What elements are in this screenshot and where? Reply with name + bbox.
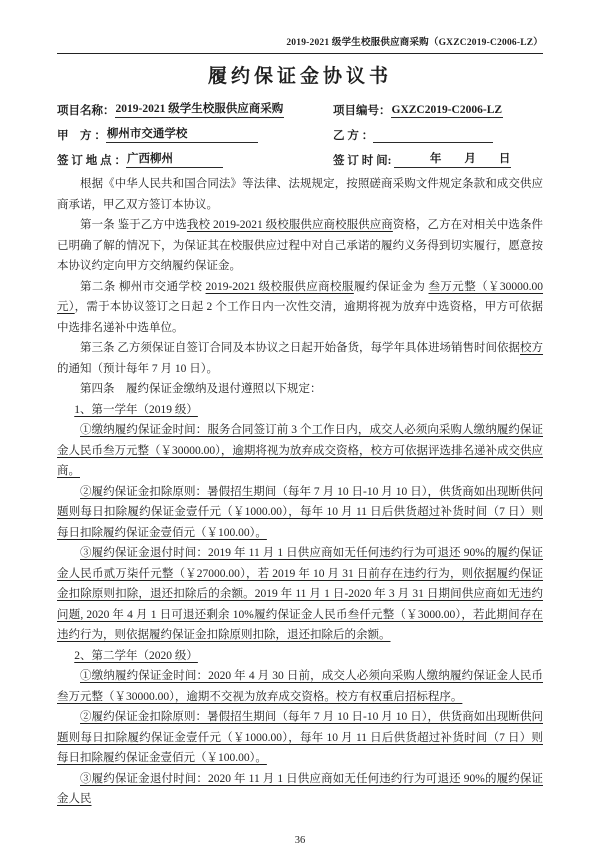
document-title: 履约保证金协议书 [57, 61, 543, 88]
body-paragraph: 第二条 柳州市交通学校 2019-2021 级校服供应商校服履约保证金为 叁万元… [57, 277, 543, 339]
underlined-text-segment: ③履约保证金退付时间：2020 年 11 月 1 日供应商如无任何违约行为可退还… [57, 773, 543, 806]
project-name-cell: 项目名称： 2019-2021 级学生校服供应商采购 [57, 100, 333, 118]
page-number: 36 [295, 835, 306, 846]
text-segment: 第一条 鉴于乙方中选 [80, 219, 187, 231]
project-number-cell: 项目编号： GXZC2019-C2006-LZ [333, 102, 543, 118]
agreement-info-form: 项目名称： 2019-2021 级学生校服供应商采购 项目编号： GXZC201… [57, 93, 543, 168]
party-b-blank-field [373, 141, 493, 143]
document-page: 2019-2021 级学生校服供应商采购（GXZC2019-C2006-LZ） … [0, 0, 600, 848]
party-b-cell: 乙 方 ： [333, 127, 543, 143]
party-b-label: 乙 方 ： [333, 127, 373, 143]
body-paragraph: ①缴纳履约保证金时间：2020 年 4 月 30 日前，成交人必须向采购人缴纳履… [57, 666, 543, 707]
body-paragraph: ③履约保证金退付时间：2020 年 11 月 1 日供应商如无任何违约行为可退还… [57, 769, 543, 810]
underlined-text-segment: 2、第二学年（2020 级） [74, 650, 198, 662]
underlined-text-segment: ②履约保证金扣除原则：暑假招生期间（每年 7 月 10 日-10 月 10 日）… [57, 711, 543, 764]
body-paragraph: ①缴纳履约保证金时间：服务合同签订前 3 个工作日内，成交人必须向采购人缴纳履约… [57, 420, 543, 482]
body-paragraph: ②履约保证金扣除原则：暑假招生期间（每年 7 月 10 日-10 月 10 日）… [57, 707, 543, 769]
party-a-cell: 甲 方 ： 柳州市交通学校 [57, 125, 333, 143]
signing-place-label: 签 订 地 点 ： [57, 152, 126, 168]
project-number-label: 项目编号： [333, 102, 391, 118]
text-segment: 第二条 柳州市交通学校 [80, 281, 206, 293]
project-name-label: 项目名称： [57, 102, 115, 118]
project-number-value: GXZC2019-C2006-LZ [391, 104, 504, 118]
text-segment: 根据《中华人民共和国合同法》等法律、法规规定，按照磋商采购文件规定条款和成交供应… [57, 178, 543, 211]
underlined-text-segment: 校方 [520, 342, 543, 354]
body-paragraph: ③履约保证金退付时间：2019 年 11 月 1 日供应商如无任何违约行为可退还… [57, 543, 543, 646]
project-name-value: 2019-2021 级学生校服供应商采购 [115, 100, 285, 118]
document-body: 根据《中华人民共和国合同法》等法律、法规规定，按照磋商采购文件规定条款和成交供应… [57, 174, 543, 810]
text-segment: 第四条 履约保证金缴纳及退付遵照以下规定： [80, 383, 322, 395]
underlined-text-segment: 我校 2019-2021 级校服供应商校服供应商 [187, 219, 393, 231]
underlined-text-segment: ③履约保证金退付时间：2019 年 11 月 1 日供应商如无任何违约行为可退还… [57, 547, 543, 641]
underlined-text-segment: 2019-2021 级校服供应商校服 [206, 281, 354, 293]
form-row-signing: 签 订 地 点 ： 广西柳州 签 订 时 间: 年 月 日 [57, 143, 543, 168]
party-a-label: 甲 方 ： [57, 127, 106, 143]
body-paragraph: ②履约保证金扣除原则：暑假招生期间（每年 7 月 10 日-10 月 10 日）… [57, 482, 543, 544]
body-paragraph: 2、第二学年（2020 级） [57, 646, 543, 667]
underlined-text-segment: 1、第一学年（2019 级） [74, 404, 198, 416]
underlined-text-segment: ①缴纳履约保证金时间：服务合同签订前 3 个工作日内，成交人必须向采购人缴纳履约… [57, 424, 543, 477]
signing-date-blank-field: 年 月 日 [394, 150, 511, 168]
form-row-parties: 甲 方 ： 柳州市交通学校 乙 方 ： [57, 118, 543, 143]
signing-place-cell: 签 订 地 点 ： 广西柳州 [57, 150, 333, 168]
body-paragraph: 第一条 鉴于乙方中选我校 2019-2021 级校服供应商校服供应商资格，乙方在… [57, 215, 543, 277]
party-a-value: 柳州市交通学校 [106, 125, 258, 143]
body-paragraph: 根据《中华人民共和国合同法》等法律、法规规定，按照磋商采购文件规定条款和成交供应… [57, 174, 543, 215]
body-paragraph: 第三条 乙方须保证自签订合同及本协议之日起开始备货，每学年具体进场销售时间依据校… [57, 338, 543, 379]
body-paragraph: 1、第一学年（2019 级） [57, 400, 543, 421]
signing-place-value: 广西柳州 [126, 150, 223, 168]
underlined-text-segment: ②履约保证金扣除原则：暑假招生期间（每年 7 月 10 日-10 月 10 日）… [57, 486, 543, 539]
body-paragraph: 第四条 履约保证金缴纳及退付遵照以下规定： [57, 379, 543, 400]
page-footer: 36 [57, 835, 543, 846]
signing-date-cell: 签 订 时 间: 年 月 日 [333, 150, 543, 168]
text-segment: 的通知（预计每年 7 月 10 日）。 [57, 363, 218, 375]
page-header: 2019-2021 级学生校服供应商采购（GXZC2019-C2006-LZ） [57, 34, 543, 54]
text-segment: 履约保证金为 [354, 281, 429, 293]
form-row-project: 项目名称： 2019-2021 级学生校服供应商采购 项目编号： GXZC201… [57, 93, 543, 118]
signing-date-label: 签 订 时 间: [333, 152, 394, 168]
header-project-reference: 2019-2021 级学生校服供应商采购（GXZC2019-C2006-LZ） [286, 38, 543, 48]
text-segment: ，需于本协议签订之日起 2 个工作日内一次性交清，逾期将视为放弃中选资格，甲方可… [57, 301, 543, 334]
underlined-text-segment: ①缴纳履约保证金时间：2020 年 4 月 30 日前，成交人必须向采购人缴纳履… [57, 670, 543, 703]
text-segment: 第三条 乙方须保证自签订合同及本协议之日起开始备货，每学年具体进场销售时间依据 [80, 342, 520, 354]
